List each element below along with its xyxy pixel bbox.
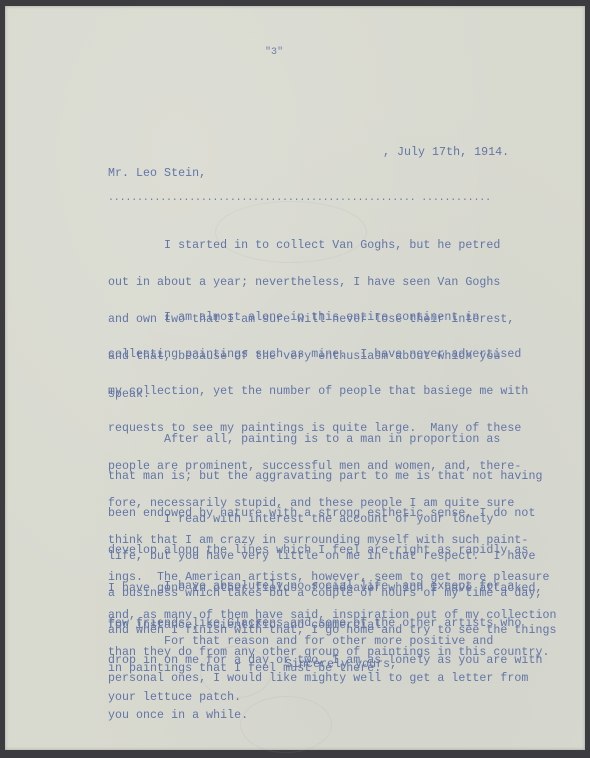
text-line: I am almost alone in this entire contine…	[108, 312, 556, 324]
text-line: personal ones, I would like mighty well …	[108, 673, 528, 685]
text-line: For that reason and for other more posit…	[108, 636, 528, 648]
salutation: Mr. Leo Stein,	[108, 168, 206, 180]
letter-page: "3" , July 17th, 1914. Mr. Leo Stein, ..…	[5, 6, 585, 750]
dateline: , July 17th, 1914.	[383, 147, 509, 159]
text-line: you once in a while.	[108, 710, 528, 722]
text-line: After all, painting is to a man in propo…	[108, 434, 542, 446]
text-line: I read with interest the account of your…	[108, 514, 556, 526]
paragraph-6: For that reason and for other more posit…	[108, 611, 528, 747]
separator-line: ........................................…	[108, 193, 491, 205]
closing: Sincerely yours,	[285, 659, 397, 671]
page-number: "3"	[265, 47, 283, 59]
text-line: collecting paintings such as mine. I hav…	[108, 349, 556, 361]
text-line: I started in to collect Van Goghs, but h…	[108, 240, 514, 252]
text-line: my collection, yet the number of people …	[108, 386, 556, 398]
text-line: that man is; but the aggravating part to…	[108, 471, 542, 483]
text-line: I have absolutely no social life, and ex…	[108, 581, 542, 593]
